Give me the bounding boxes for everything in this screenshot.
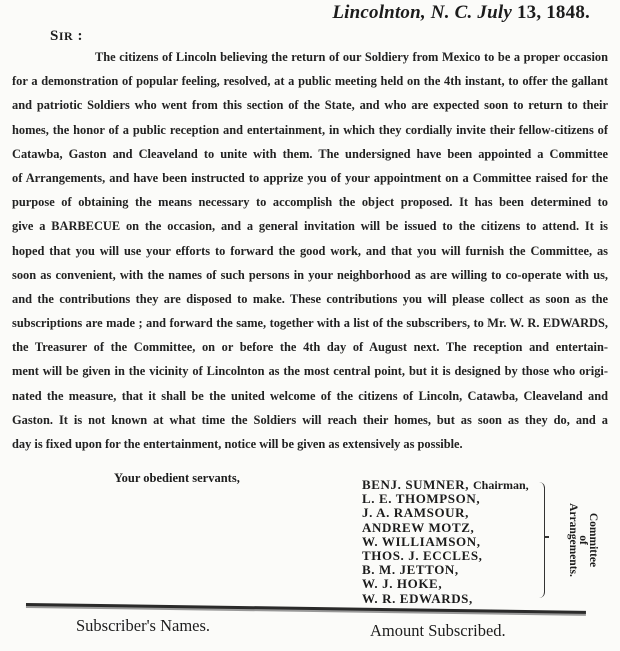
signer-entry: ANDREW MOTZ, [362, 521, 529, 535]
body-line: the Treasurer of the Committee, on or be… [12, 335, 608, 359]
dateline-place: Lincolnton, N. C. [332, 2, 472, 23]
signer-entry: W. J. HOKE, [362, 577, 529, 591]
signer-name: W. WILLIAMSON, [362, 534, 481, 549]
closing-line: Your obedient servants, [114, 471, 240, 486]
signer-entry: W. WILLIAMSON, [362, 535, 529, 549]
broadside-page: Lincolnton, N. C. July 13, 1848. SIR : T… [0, 0, 620, 651]
body-line: hoped that you will use your efforts to … [12, 239, 608, 263]
signer-entry: J. A. RAMSOUR, [362, 506, 529, 520]
body-line: give a BARBECUE on the occasion, and a g… [12, 214, 608, 238]
letter-body: The citizens of Lincoln believing the re… [12, 45, 608, 456]
salutation-rest: IR [59, 29, 73, 43]
body-line: purpose of obtaining the means necessary… [12, 190, 608, 214]
body-line: soon as convenient, with the names of su… [12, 263, 608, 287]
body-line: The citizens of Lincoln believing the re… [12, 45, 608, 69]
salutation-initial: S [50, 28, 59, 44]
dateline-month: July [477, 2, 512, 23]
body-line: Catawba, Gaston and Cleaveland to unite … [12, 142, 608, 166]
body-line: nated the measure, that it shall be the … [12, 384, 608, 408]
body-line: Gaston. It is not known at what time the… [12, 408, 608, 432]
body-line: and patriotic Soldiers who went from thi… [12, 93, 608, 117]
body-line: homes, the honor of a public reception a… [12, 118, 608, 142]
committee-label-line: of [578, 480, 588, 600]
dateline: Lincolnton, N. C. July 13, 1848. [320, 2, 590, 24]
body-line: subscriptions are made ; and forward the… [12, 311, 608, 335]
salutation: SIR : [50, 28, 83, 45]
subscribers-names-heading: Subscriber's Names. [76, 616, 210, 636]
body-line: and the contributions they are disposed … [12, 287, 608, 311]
signer-name: W. R. EDWARDS, [362, 591, 473, 606]
signer-role: Chairman, [473, 478, 529, 492]
signer-entry: THOS. J. ECCLES, [362, 549, 529, 563]
signer-name: THOS. J. ECCLES, [362, 548, 483, 563]
body-line: of Arrangements, and have been instructe… [12, 166, 608, 190]
signers-list: BENJ. SUMNER, Chairman,L. E. THOMPSON,J.… [362, 478, 529, 606]
body-line: day is fixed upon for the entertainment,… [12, 432, 608, 456]
committee-label: CommitteeofArrangements. [538, 480, 598, 600]
signer-name: BENJ. SUMNER, [362, 477, 469, 492]
body-line: ment will be given in the vicinity of Li… [12, 359, 608, 383]
signer-name: W. J. HOKE, [362, 576, 442, 591]
signer-name: B. M. JETTON, [362, 562, 459, 577]
signer-name: J. A. RAMSOUR, [362, 505, 469, 520]
signer-entry: BENJ. SUMNER, Chairman, [362, 478, 529, 492]
signer-name: ANDREW MOTZ, [362, 520, 474, 535]
amount-subscribed-heading: Amount Subscribed. [370, 621, 506, 641]
signer-entry: B. M. JETTON, [362, 563, 529, 577]
body-line: for a demonstration of popular feeling, … [12, 69, 608, 93]
signer-name: L. E. THOMPSON, [362, 491, 480, 506]
signer-entry: L. E. THOMPSON, [362, 492, 529, 506]
salutation-punct: : [73, 28, 83, 44]
committee-label-line: Arrangements. [568, 480, 578, 600]
committee-label-line: Committee [588, 480, 598, 600]
dateline-day-year: 13, 1848. [517, 2, 590, 23]
signer-entry: W. R. EDWARDS, [362, 592, 529, 606]
